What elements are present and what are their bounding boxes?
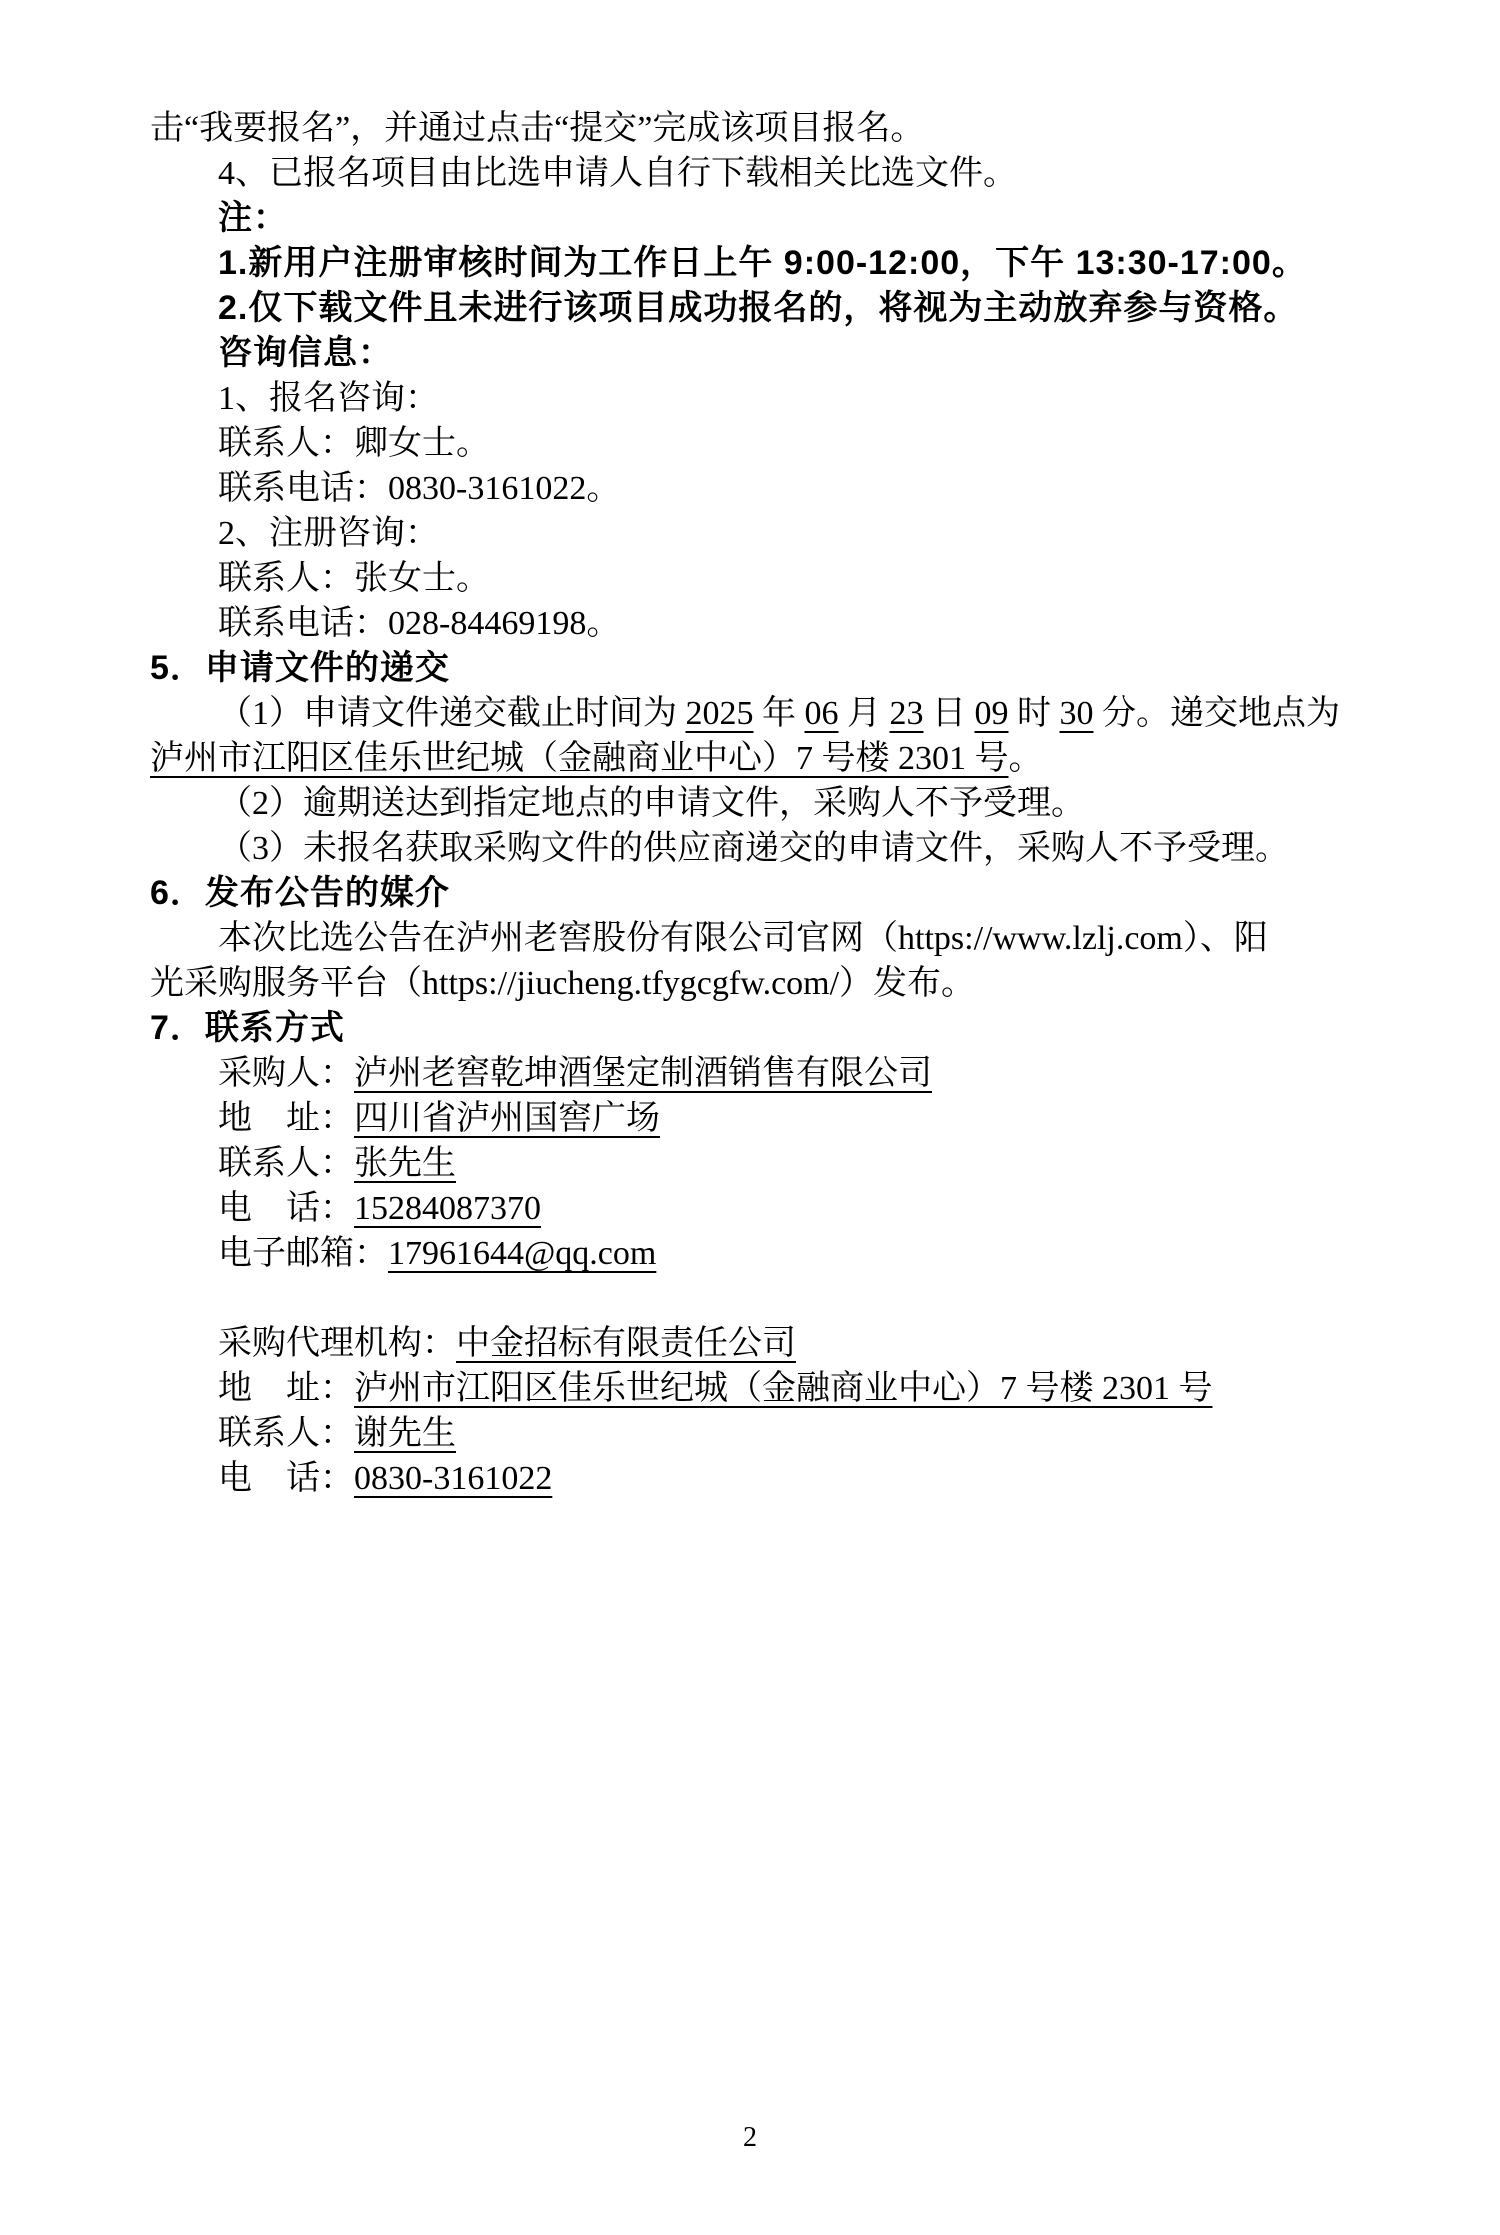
purchaser-contact: 联系人：张先生 [150, 1141, 1400, 1186]
text-run: 1.新用户注册审核时间为工作日上午 9:00-12:00，下午 13:30-17… [218, 244, 1307, 282]
agency-address: 地 址：泸州市江阳区佳乐世纪城（金融商业中心）7 号楼 2301 号 [150, 1366, 1400, 1411]
text-run: 时 [1009, 695, 1060, 732]
consult-1-phone: 联系电话：0830-3161022。 [150, 466, 1400, 511]
underlined-text: 张先生 [354, 1145, 456, 1182]
text-run: 联系电话：0830-3161022。 [218, 470, 620, 507]
text-run: 分。递交地点为 [1094, 695, 1341, 732]
agency-name: 采购代理机构：中金招标有限责任公司 [150, 1321, 1400, 1366]
s6-media-line-1: 本次比选公告在泸州老窖股份有限公司官网（https://www.lzlj.com… [150, 916, 1400, 961]
heading-5-submission: 5．申请文件的递交 [150, 646, 1400, 691]
underlined-text: 23 [890, 695, 924, 732]
document-body: 击“我要报名”，并通过点击“提交”完成该项目报名。4、已报名项目由比选申请人自行… [150, 106, 1400, 1501]
text-run: 1、报名咨询： [218, 380, 439, 417]
underlined-text: 四川省泸州国窖广场 [354, 1100, 660, 1137]
purchaser-email: 电子邮箱：17961644@qq.com [150, 1231, 1400, 1276]
text-run: 采购人： [218, 1055, 354, 1092]
underlined-text: 2025 [686, 695, 754, 732]
text-run: 联系人：卿女士。 [218, 425, 490, 462]
underlined-text: 泸州老窖乾坤酒堡定制酒销售有限公司 [354, 1055, 932, 1092]
underlined-text: 泸州市江阳区佳乐世纪城（金融商业中心）7 号楼 2301 号 [354, 1370, 1213, 1407]
underlined-text: 09 [975, 695, 1009, 732]
text-run: 2、注册咨询： [218, 515, 439, 552]
agency-phone: 电 话：0830-3161022 [150, 1456, 1400, 1501]
text-run: 4、已报名项目由比选申请人自行下载相关比选文件。 [218, 155, 1017, 192]
underlined-text: 17961644@qq.com [388, 1235, 656, 1272]
text-run: 电子邮箱： [218, 1235, 388, 1272]
note-1: 1.新用户注册审核时间为工作日上午 9:00-12:00，下午 13:30-17… [150, 241, 1400, 286]
consult-1-title: 1、报名咨询： [150, 376, 1400, 421]
s5-item-2-overdue: （2）逾期送达到指定地点的申请文件，采购人不予受理。 [150, 781, 1400, 826]
text-run: （3）未报名获取采购文件的供应商递交的申请文件，采购人不予受理。 [218, 830, 1289, 867]
text-run: 年 [754, 695, 805, 732]
underlined-text: 15284087370 [354, 1190, 541, 1227]
text-run: （1）申请文件递交截止时间为 [218, 695, 686, 732]
text-run: 。 [1009, 740, 1043, 777]
heading-6-media: 6．发布公告的媒介 [150, 871, 1400, 916]
heading-7-contact: 7．联系方式 [150, 1006, 1400, 1051]
consult-1-contact: 联系人：卿女士。 [150, 421, 1400, 466]
s5-item-3-unregistered: （3）未报名获取采购文件的供应商递交的申请文件，采购人不予受理。 [150, 826, 1400, 871]
text-run: 联系人：张女士。 [218, 560, 490, 597]
note-label: 注： [150, 196, 1400, 241]
document-page: 击“我要报名”，并通过点击“提交”完成该项目报名。4、已报名项目由比选申请人自行… [0, 0, 1500, 2235]
para-signup-continuation: 击“我要报名”，并通过点击“提交”完成该项目报名。 [150, 106, 1400, 151]
underlined-text: 30 [1060, 695, 1094, 732]
text-run: （2）逾期送达到指定地点的申请文件，采购人不予受理。 [218, 785, 1085, 822]
purchaser-name: 采购人：泸州老窖乾坤酒堡定制酒销售有限公司 [150, 1051, 1400, 1096]
text-run: 采购代理机构： [218, 1325, 456, 1362]
note-2: 2.仅下载文件且未进行该项目成功报名的，将视为主动放弃参与资格。 [150, 286, 1400, 331]
s5-item-1-deadline: （1）申请文件递交截止时间为 2025 年 06 月 23 日 09 时 30 … [150, 691, 1400, 736]
consult-info-label: 咨询信息： [150, 331, 1400, 376]
text-run: 光采购服务平台（https://jiucheng.tfygcgfw.com/）发… [150, 965, 975, 1002]
s6-media-line-2: 光采购服务平台（https://jiucheng.tfygcgfw.com/）发… [150, 961, 1400, 1006]
purchaser-phone: 电 话：15284087370 [150, 1186, 1400, 1231]
purchaser-address: 地 址：四川省泸州国窖广场 [150, 1096, 1400, 1141]
s5-item-1-address: 泸州市江阳区佳乐世纪城（金融商业中心）7 号楼 2301 号。 [150, 736, 1400, 781]
text-run: 联系人： [218, 1415, 354, 1452]
blank-line [150, 1276, 1400, 1321]
text-run: 地 址： [218, 1370, 354, 1407]
text-run: 注： [218, 199, 288, 237]
agency-contact: 联系人：谢先生 [150, 1411, 1400, 1456]
text-run: 地 址： [218, 1100, 354, 1137]
consult-2-title: 2、注册咨询： [150, 511, 1400, 556]
text-run: 5．申请文件的递交 [150, 649, 450, 687]
text-run: 7．联系方式 [150, 1009, 345, 1047]
text-run: 日 [924, 695, 975, 732]
item-4-download: 4、已报名项目由比选申请人自行下载相关比选文件。 [150, 151, 1400, 196]
text-run: 联系人： [218, 1145, 354, 1182]
underlined-text: 中金招标有限责任公司 [456, 1325, 796, 1362]
underlined-text: 谢先生 [354, 1415, 456, 1452]
text-run: 联系电话：028-84469198。 [218, 605, 620, 642]
consult-2-contact: 联系人：张女士。 [150, 556, 1400, 601]
underlined-text: 泸州市江阳区佳乐世纪城（金融商业中心）7 号楼 2301 号 [150, 740, 1009, 777]
text-run: 月 [839, 695, 890, 732]
text-run: 6．发布公告的媒介 [150, 874, 450, 912]
text-run: 电 话： [218, 1190, 354, 1227]
text-run: 咨询信息： [218, 334, 393, 372]
underlined-text: 0830-3161022 [354, 1460, 552, 1497]
page-number: 2 [0, 2122, 1500, 2154]
text-run: 2.仅下载文件且未进行该项目成功报名的，将视为主动放弃参与资格。 [218, 289, 1298, 327]
text-run: 本次比选公告在泸州老窖股份有限公司官网（https://www.lzlj.com… [218, 920, 1268, 957]
text-run: 击“我要报名”，并通过点击“提交”完成该项目报名。 [150, 110, 924, 147]
underlined-text: 06 [805, 695, 839, 732]
consult-2-phone: 联系电话：028-84469198。 [150, 601, 1400, 646]
text-run: 电 话： [218, 1460, 354, 1497]
